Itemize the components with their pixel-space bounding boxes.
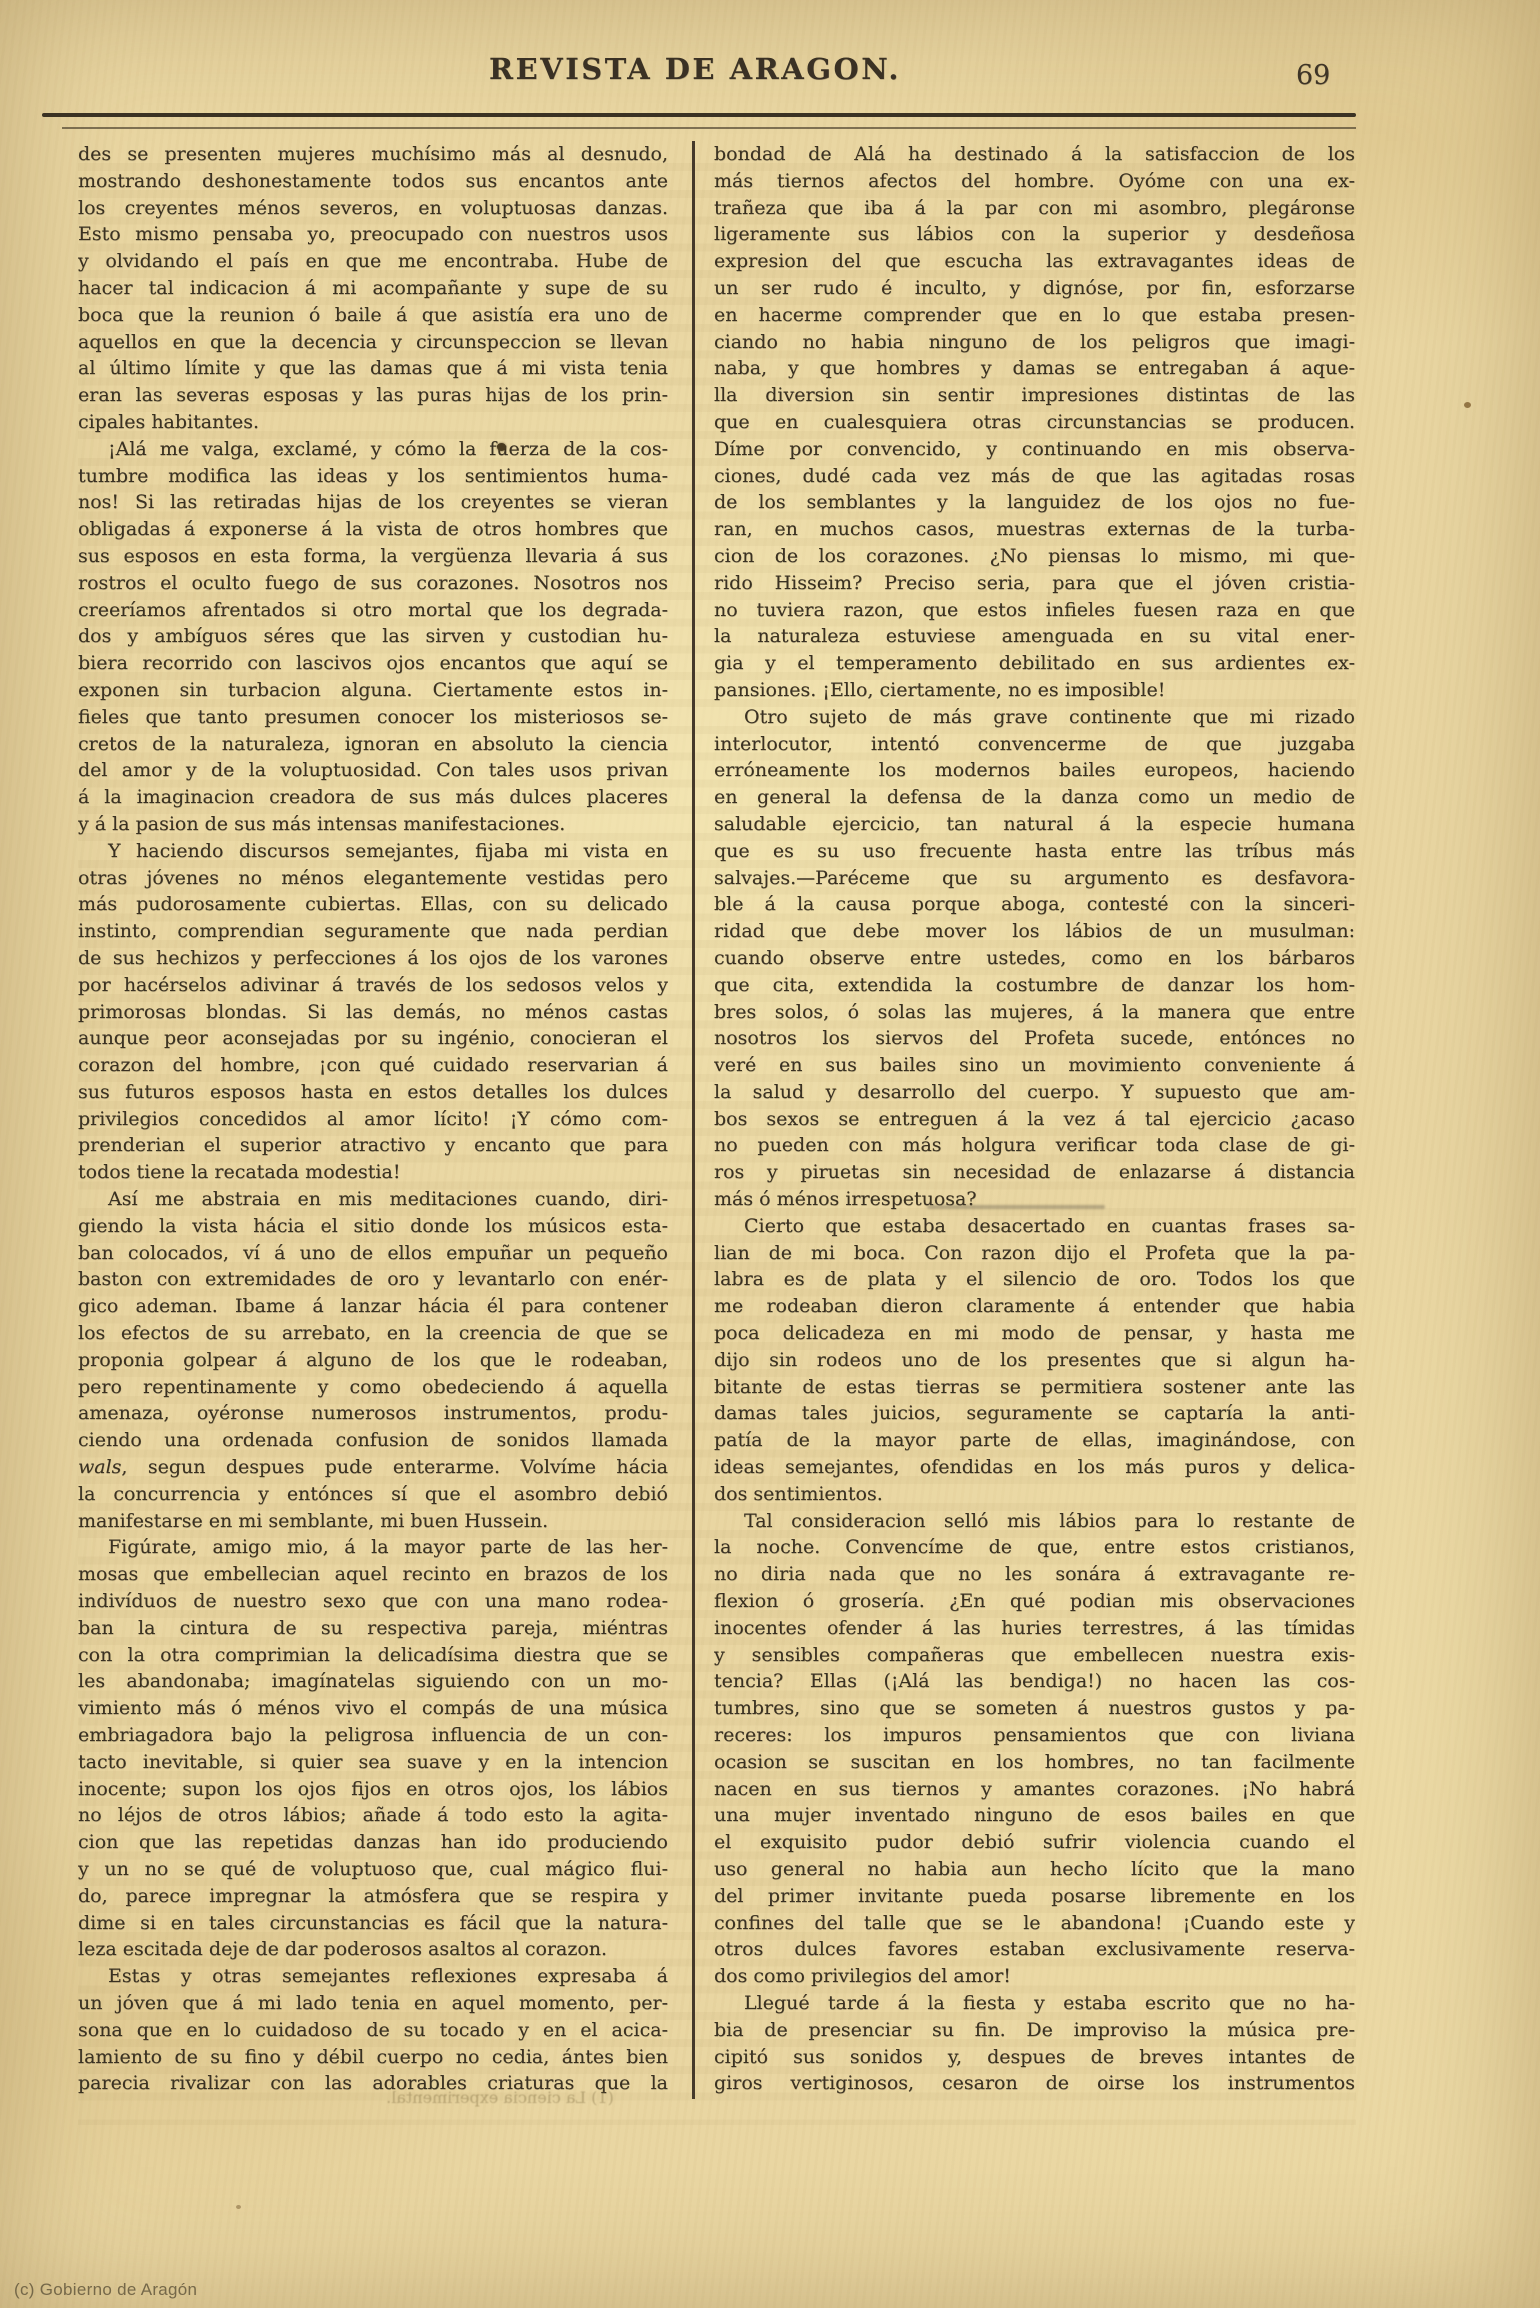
text-line: giros vertiginosos, cesaron de oirse los… — [714, 2070, 1355, 2097]
text-line: bres solos, ó solas las mujeres, á la ma… — [714, 999, 1355, 1026]
text-line: fieles que tanto presumen conocer los mi… — [78, 704, 668, 731]
text-line: cretos de la naturaleza, ignoran en abso… — [78, 731, 668, 758]
text-line: otros dulces favores estaban exclusivame… — [714, 1936, 1355, 1963]
journal-masthead-title: REVISTA DE ARAGON. — [40, 52, 1350, 86]
text-line: flexion ó grosería. ¿En qué podian mis o… — [714, 1588, 1355, 1615]
text-line: Llegué tarde á la fiesta y estaba escrit… — [714, 1990, 1355, 2017]
bleedthrough-footnote-text: (1) La ciencia experimental. — [330, 2088, 670, 2107]
text-line: biera recorrido con lascivos ojos encant… — [78, 650, 668, 677]
text-line: dime si en tales circunstancias es fácil… — [78, 1910, 668, 1937]
text-line: lian de mi boca. Con razon dijo el Profe… — [714, 1240, 1355, 1267]
text-line: embriagadora bajo la peligrosa influenci… — [78, 1722, 668, 1749]
text-line: que cita, extendida la costumbre de danz… — [714, 972, 1355, 999]
text-line: ciendo una ordenada confusion de sonidos… — [78, 1427, 668, 1454]
text-line: ideas semejantes, ofendidas en los más p… — [714, 1454, 1355, 1481]
text-line: me rodeaban dieron claramente á entender… — [714, 1293, 1355, 1320]
text-line: Así me abstraia en mis meditaciones cuan… — [78, 1186, 668, 1213]
text-line: vimiento más ó ménos vivo el compás de u… — [78, 1695, 668, 1722]
text-line: todos tiene la recatada modestia! — [78, 1159, 668, 1186]
text-line: no pueden con más holgura verificar toda… — [714, 1132, 1355, 1159]
text-line: mosas que embellecian aquel recinto en b… — [78, 1561, 668, 1588]
text-line: privilegios concedidos al amor lícito! ¡… — [78, 1106, 668, 1133]
text-line: del primer invitante pueda posarse libre… — [714, 1883, 1355, 1910]
text-line: exponen sin turbacion alguna. Ciertament… — [78, 677, 668, 704]
text-line: cion que las repetidas danzas han ido pr… — [78, 1829, 668, 1856]
text-line: rostros el oculto fuego de sus corazones… — [78, 570, 668, 597]
text-line: la naturaleza estuviese amenguada en su … — [714, 623, 1355, 650]
text-line: mostrando deshonestamente todos sus enca… — [78, 168, 668, 195]
text-line: y sensibles compañeras que embellecen nu… — [714, 1642, 1355, 1669]
text-line: al último límite y que las damas que á m… — [78, 355, 668, 382]
text-line: bitante de estas tierras se permitiera s… — [714, 1374, 1355, 1401]
text-line: inocente; supon los ojos fijos en otros … — [78, 1776, 668, 1803]
text-line: en hacerme comprender que en lo que esta… — [714, 302, 1355, 329]
text-line: rido Hisseim? Preciso seria, para que el… — [714, 570, 1355, 597]
text-line: sus esposos en esta forma, la vergüenza … — [78, 543, 668, 570]
text-line: que es su uso frecuente hasta entre las … — [714, 838, 1355, 865]
text-line: no diria nada que no les sonára á extrav… — [714, 1561, 1355, 1588]
text-line: bos sexos se entreguen á la vez á tal ej… — [714, 1106, 1355, 1133]
ink-speck — [497, 443, 506, 451]
text-line: con la otra comprimian la delicadísima d… — [78, 1642, 668, 1669]
text-line: aquellos en que la decencia y circunspec… — [78, 329, 668, 356]
text-line: naba, y que hombres y damas se entregaba… — [714, 355, 1355, 382]
text-line: Tal consideracion selló mis lábios para … — [714, 1508, 1355, 1535]
text-line: un ser rudo é inculto, y dignóse, por fi… — [714, 275, 1355, 302]
text-line: damas tales juicios, seguramente se capt… — [714, 1400, 1355, 1427]
text-line: tacto inevitable, si quier sea suave y e… — [78, 1749, 668, 1776]
text-line: manifestarse en mi semblante, mi buen Hu… — [78, 1508, 668, 1535]
text-line: ciones, dudé cada vez más de que las agi… — [714, 463, 1355, 490]
text-line: do, parece impregnar la atmósfera que se… — [78, 1883, 668, 1910]
header-rule-thin — [62, 127, 1356, 129]
text-line: trañeza que iba á la par con mi asombro,… — [714, 195, 1355, 222]
text-line: Esto mismo pensaba yo, preocupado con nu… — [78, 221, 668, 248]
text-line: del amor y de la voluptuosidad. Con tale… — [78, 757, 668, 784]
text-line: corazon del hombre, ¡con qué cuidado res… — [78, 1052, 668, 1079]
text-line: los efectos de su arrebato, en la creenc… — [78, 1320, 668, 1347]
column-left: des se presenten mujeres muchísimo más a… — [78, 141, 668, 2097]
text-line: poca delicadeza en mi modo de pensar, y … — [714, 1320, 1355, 1347]
text-line: y olvidando el país en que me encontraba… — [78, 248, 668, 275]
text-line: lamiento de su fino y débil cuerpo no ce… — [78, 2044, 668, 2071]
text-line: la salud y desarrollo del cuerpo. Y supu… — [714, 1079, 1355, 1106]
text-line: prenderian el superior atractivo y encan… — [78, 1132, 668, 1159]
text-line: bondad de Alá ha destinado á la satisfac… — [714, 141, 1355, 168]
text-line: salvajes.—Paréceme que su argumento es d… — [714, 865, 1355, 892]
text-line: una mujer inventado ninguno de esos bail… — [714, 1802, 1355, 1829]
text-line: ciando no habia ninguno de los peligros … — [714, 329, 1355, 356]
text-line: des se presenten mujeres muchísimo más a… — [78, 141, 668, 168]
text-line: ban la cintura de su respectiva pareja, … — [78, 1615, 668, 1642]
text-line: hacer tal indicacion á mi acompañante y … — [78, 275, 668, 302]
text-line: ban colocados, ví á uno de ellos empuñar… — [78, 1240, 668, 1267]
text-line: labra es de plata y el silencio de oro. … — [714, 1266, 1355, 1293]
text-line: no tuviera razon, que estos infieles fue… — [714, 597, 1355, 624]
text-line: Figúrate, amigo mio, á la mayor parte de… — [78, 1534, 668, 1561]
text-line: saludable ejercicio, tan natural á la es… — [714, 811, 1355, 838]
text-line: interlocutor, intentó convencerme de que… — [714, 731, 1355, 758]
text-line: ¡Alá me valga, exclamé, y cómo la fuerza… — [78, 436, 668, 463]
page-number: 69 — [1296, 60, 1330, 91]
text-line: gico ademan. Ibame á lanzar hácia él par… — [78, 1293, 668, 1320]
text-line: eran las severas esposas y las puras hij… — [78, 382, 668, 409]
text-line: dos sentimientos. — [714, 1481, 1355, 1508]
text-line: más pudorosamente cubiertas. Ellas, con … — [78, 891, 668, 918]
text-line: receres: los impuros pensamientos que co… — [714, 1722, 1355, 1749]
archive-watermark: (c) Gobierno de Aragón — [14, 2280, 197, 2300]
text-line: cipitó sus sonidos y, despues de breves … — [714, 2044, 1355, 2071]
text-line: gia y el temperamento debilitado en sus … — [714, 650, 1355, 677]
text-line: nosotros los siervos del Profeta sucede,… — [714, 1025, 1355, 1052]
text-line: Otro sujeto de más grave continente que … — [714, 704, 1355, 731]
text-line: erróneamente los modernos bailes europeo… — [714, 757, 1355, 784]
column-right: bondad de Alá ha destinado á la satisfac… — [714, 141, 1355, 2097]
text-line: pansiones. ¡Ello, ciertamente, no es imp… — [714, 677, 1355, 704]
text-line: ble á la causa porque aboga, contesté co… — [714, 891, 1355, 918]
text-line: bia de presenciar su fin. De improviso l… — [714, 2017, 1355, 2044]
text-line: de sus hechizos y perfecciones á los ojo… — [78, 945, 668, 972]
text-line: nacen en sus tiernos y amantes corazones… — [714, 1776, 1355, 1803]
text-line: inocentes ofender á las huries terrestre… — [714, 1615, 1355, 1642]
text-line: á la imaginacion creadora de sus más dul… — [78, 784, 668, 811]
text-line: Estas y otras semejantes reflexiones exp… — [78, 1963, 668, 1990]
text-line: dijo sin rodeos uno de los presentes que… — [714, 1347, 1355, 1374]
text-line: tencia? Ellas (¡Alá las bendiga!) no hac… — [714, 1668, 1355, 1695]
text-line: más tiernos afectos del hombre. Oyóme co… — [714, 168, 1355, 195]
text-line: uso general no habia aun hecho lícito qu… — [714, 1856, 1355, 1883]
text-line: de los semblantes y la languidez de los … — [714, 489, 1355, 516]
text-line: la noche. Convencíme de que, entre estos… — [714, 1534, 1355, 1561]
text-line: Díme por convencido, y continuando en mi… — [714, 436, 1355, 463]
text-line: cuando observe entre ustedes, como en lo… — [714, 945, 1355, 972]
text-line: tumbres, sino que se someten á nuestros … — [714, 1695, 1355, 1722]
text-line: primorosas blondas. Si las demás, no mén… — [78, 999, 668, 1026]
text-line: patía de la mayor parte de ellas, imagin… — [714, 1427, 1355, 1454]
pencil-smudge — [927, 1205, 1105, 1209]
text-line: instinto, comprendian seguramente que na… — [78, 918, 668, 945]
text-line: creeríamos afrentados si otro mortal que… — [78, 597, 668, 624]
text-line: obligadas á exponerse á la vista de otro… — [78, 516, 668, 543]
text-line: boca que la reunion ó baile á que asistí… — [78, 302, 668, 329]
text-line: wals, segun despues pude enterarme. Volv… — [78, 1454, 668, 1481]
text-line: confines del talle que se le abandona! ¡… — [714, 1910, 1355, 1937]
text-line: los creyentes ménos severos, en voluptuo… — [78, 195, 668, 222]
header-rule-thick — [42, 113, 1356, 117]
text-line: tumbre modifica las ideas y los sentimie… — [78, 463, 668, 490]
text-line: un jóven que á mi lado tenia en aquel mo… — [78, 1990, 668, 2017]
text-line: les abandonaba; imagínatelas siguiendo c… — [78, 1668, 668, 1695]
text-line: amenaza, oyéronse numerosos instrumentos… — [78, 1400, 668, 1427]
text-line: expresion del que escucha las extravagan… — [714, 248, 1355, 275]
text-line: no léjos de otros lábios; añade á todo e… — [78, 1802, 668, 1829]
text-line: Cierto que estaba desacertado en cuantas… — [714, 1213, 1355, 1240]
text-line: ridad que debe mover los lábios de un mu… — [714, 918, 1355, 945]
text-line: por hacérselos adivinar á través de los … — [78, 972, 668, 999]
column-divider-rule — [692, 141, 695, 2099]
text-line: proponia golpear á alguno de los que le … — [78, 1347, 668, 1374]
text-line: ran, en muchos casos, muestras externas … — [714, 516, 1355, 543]
text-line: el exquisito pudor debió sufrir violenci… — [714, 1829, 1355, 1856]
text-line: cion de los corazones. ¿No piensas lo mi… — [714, 543, 1355, 570]
text-line: que en cualesquiera otras circunstancias… — [714, 409, 1355, 436]
text-line: cipales habitantes. — [78, 409, 668, 436]
text-line: y un no se qué de voluptuoso que, cual m… — [78, 1856, 668, 1883]
text-line: dos y ambíguos séres que las sirven y cu… — [78, 623, 668, 650]
text-line: ligeramente sus lábios con la superior y… — [714, 221, 1355, 248]
ink-speck — [1464, 402, 1471, 408]
text-line: Y haciendo discursos semejantes, fijaba … — [78, 838, 668, 865]
text-line: leza escitada deje de dar poderosos asal… — [78, 1936, 668, 1963]
text-line: aunque peor aconsejadas por su ingénio, … — [78, 1025, 668, 1052]
text-line: dos como privilegios del amor! — [714, 1963, 1355, 1990]
text-line: la concurrencia y entónces sí que el aso… — [78, 1481, 668, 1508]
ink-speck — [236, 2205, 241, 2209]
text-line: lla diversion sin sentir impresiones dis… — [714, 382, 1355, 409]
text-line: baston con extremidades de oro y levanta… — [78, 1266, 668, 1293]
text-line: ocasion se suscitan en los hombres, no t… — [714, 1749, 1355, 1776]
text-line: ros y piruetas sin necesidad de enlazars… — [714, 1159, 1355, 1186]
text-line: sus futuros esposos hasta en estos detal… — [78, 1079, 668, 1106]
text-line: y á la pasion de sus más intensas manife… — [78, 811, 668, 838]
text-line: pero repentinamente y como obedeciendo á… — [78, 1374, 668, 1401]
text-line: nos! Si las retiradas hijas de los creye… — [78, 489, 668, 516]
text-line: indivíduos de nuestro sexo que con una m… — [78, 1588, 668, 1615]
text-line: en general la defensa de la danza como u… — [714, 784, 1355, 811]
text-line: sona que en lo cuidadoso de su tocado y … — [78, 2017, 668, 2044]
text-line: veré en sus bailes sino un movimiento co… — [714, 1052, 1355, 1079]
text-line: giendo la vista hácia el sitio donde los… — [78, 1213, 668, 1240]
text-line: otras jóvenes no ménos elegantemente ves… — [78, 865, 668, 892]
